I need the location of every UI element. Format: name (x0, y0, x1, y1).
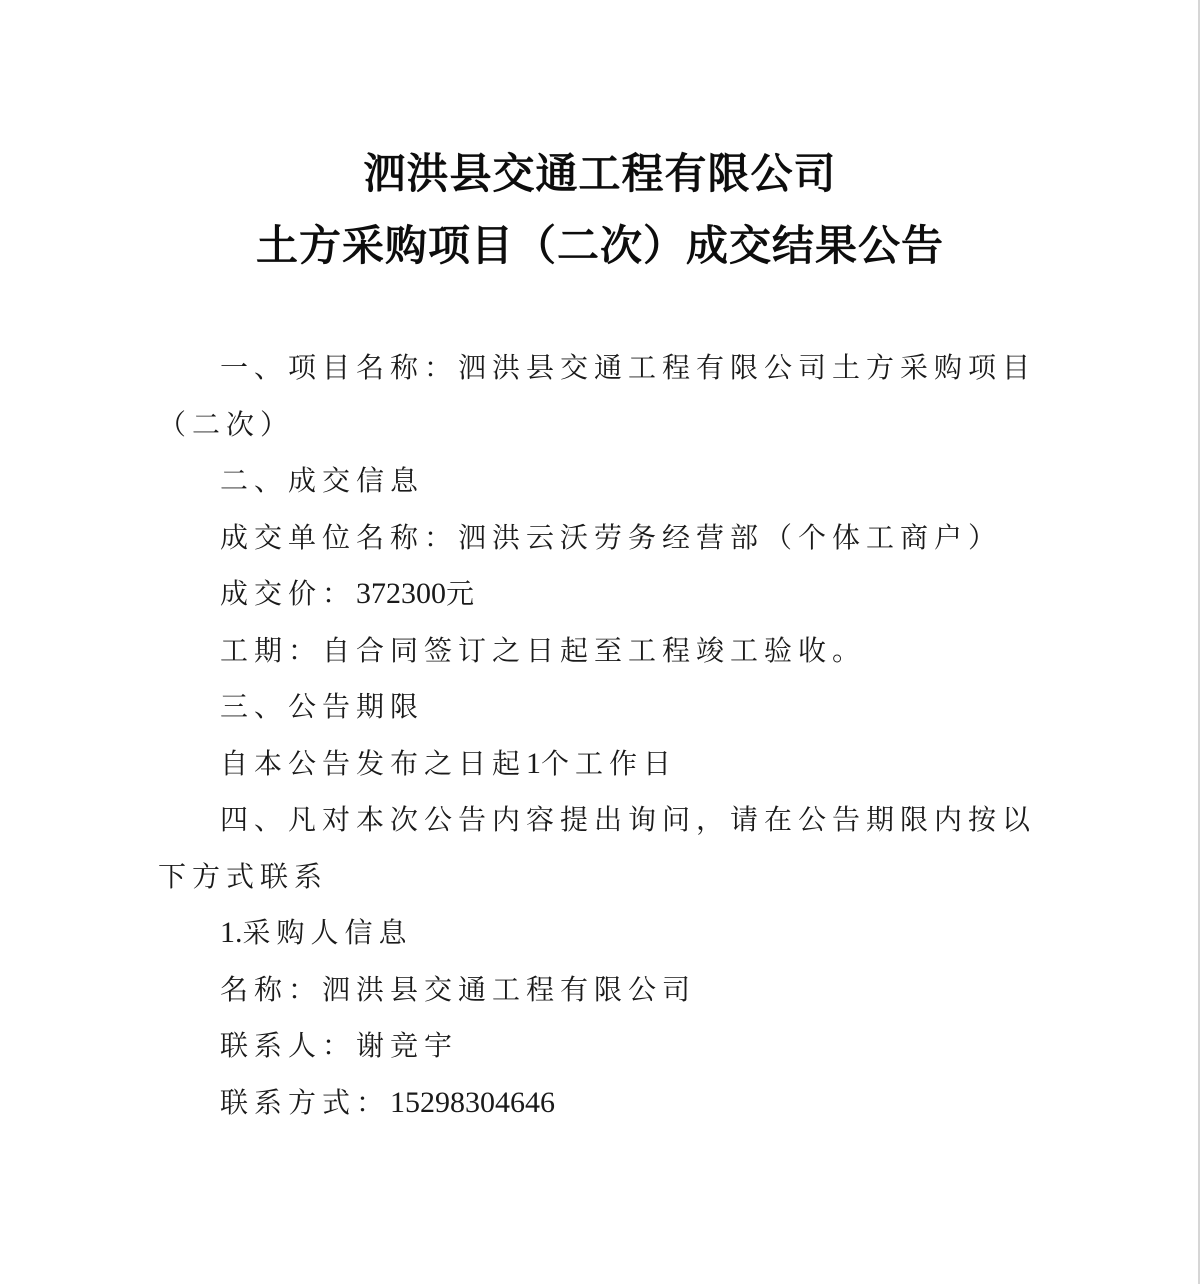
price-line: 成交价：372300元 (158, 566, 1058, 623)
price-label: 成交价： (220, 577, 356, 610)
deal-info-heading: 二、成交信息 (158, 453, 1058, 510)
inquiry-paragraph: 四、凡对本次公告内容提出询问，请在公告期限内按以下方式联系 (158, 792, 1058, 905)
notice-period-prefix: 自本公告发布之日起 (220, 747, 526, 780)
title-line-announcement: 土方采购项目（二次）成交结果公告 (0, 210, 1200, 282)
price-unit: 元 (446, 577, 480, 610)
notice-period-days: 1 (526, 747, 541, 780)
contact-person-line: 联系人：谢竞宇 (158, 1018, 1058, 1075)
purchaser-heading: 1.采购人信息 (158, 905, 1058, 962)
price-value: 372300 (356, 577, 446, 610)
contact-phone-line: 联系方式：15298304646 (158, 1075, 1058, 1132)
project-name-paragraph: 一、项目名称：泗洪县交通工程有限公司土方采购项目（二次） (158, 340, 1058, 453)
title-line-company: 泗洪县交通工程有限公司 (0, 138, 1200, 210)
notice-period-suffix: 个工作日 (541, 747, 677, 780)
winner-value: 泗洪云沃劳务经营部（个体工商户） (458, 521, 1002, 554)
document-title: 泗洪县交通工程有限公司 土方采购项目（二次）成交结果公告 (0, 138, 1200, 282)
document-body: 一、项目名称：泗洪县交通工程有限公司土方采购项目（二次） 二、成交信息 成交单位… (158, 340, 1058, 1131)
winner-label: 成交单位名称： (220, 521, 458, 554)
purchaser-heading-number: 1. (220, 916, 243, 949)
notice-period-heading: 三、公告期限 (158, 679, 1058, 736)
contact-phone-value: 15298304646 (390, 1086, 555, 1119)
notice-period-line: 自本公告发布之日起1个工作日 (158, 736, 1058, 793)
contact-phone-label: 联系方式： (220, 1086, 390, 1119)
purchaser-name-line: 名称：泗洪县交通工程有限公司 (158, 962, 1058, 1019)
purchaser-heading-text: 采购人信息 (243, 916, 413, 949)
duration-line: 工期：自合同签订之日起至工程竣工验收。 (158, 623, 1058, 680)
winner-line: 成交单位名称：泗洪云沃劳务经营部（个体工商户） (158, 510, 1058, 567)
